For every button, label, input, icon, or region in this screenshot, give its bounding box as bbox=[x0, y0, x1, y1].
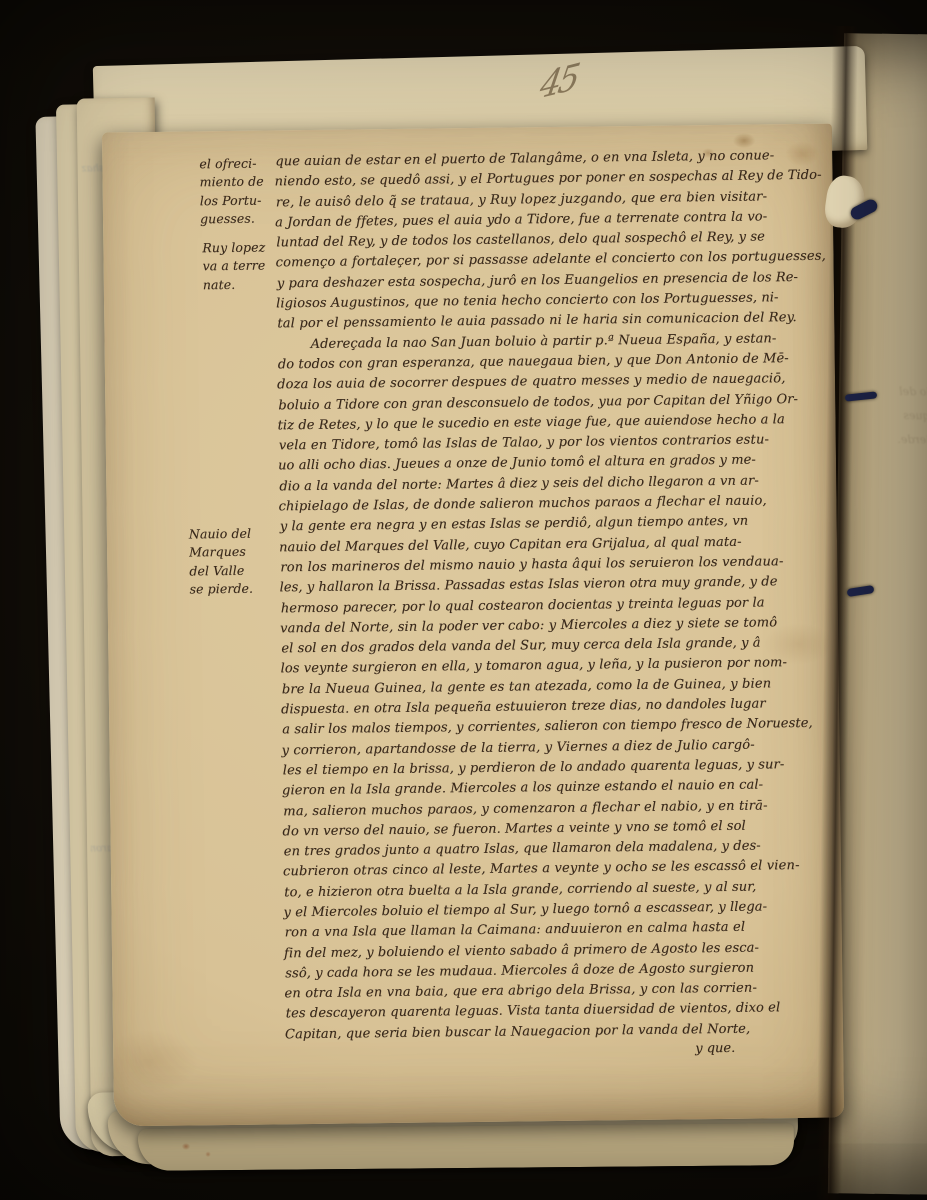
margin-note-line: se pierde. bbox=[189, 580, 253, 599]
bleed-through-text: se pierde. bbox=[842, 429, 927, 451]
margin-note-ruy-lopez: Ruy lopezva a terrenate. bbox=[202, 239, 266, 295]
margin-note-line: guesses. bbox=[200, 209, 264, 228]
manuscript-page: el ofreci-miento delos Portu-guesses. Ru… bbox=[102, 124, 844, 1127]
margin-note-line: Nauio del bbox=[189, 525, 253, 544]
manuscript-text-block: que auian de estar en el puerto de Talan… bbox=[274, 146, 819, 1046]
photograph-backdrop: Nauio del Marques se pierde. 45 y para d… bbox=[0, 0, 927, 1200]
margin-note-line: va a terre bbox=[202, 257, 265, 276]
bleed-through-text: Marques bbox=[843, 405, 927, 427]
margin-note-line: nate. bbox=[203, 275, 266, 294]
margin-note-ship-lost: Nauio delMarquesdel Vallese pierde. bbox=[189, 525, 253, 599]
page-stack-edge-bottom bbox=[138, 1123, 794, 1171]
catchword: y que. bbox=[695, 1041, 735, 1056]
margin-note-line: el ofreci- bbox=[199, 155, 263, 174]
margin-note-line: del Valle bbox=[189, 561, 253, 580]
margin-note-offering-of-portuguese: el ofreci-miento delos Portu-guesses. bbox=[199, 155, 264, 229]
margin-note-line: miento de bbox=[199, 173, 263, 192]
margin-note-line: los Portu- bbox=[200, 191, 264, 210]
margin-note-line: Marques bbox=[189, 543, 253, 562]
margin-note-line: Ruy lopez bbox=[202, 239, 265, 258]
